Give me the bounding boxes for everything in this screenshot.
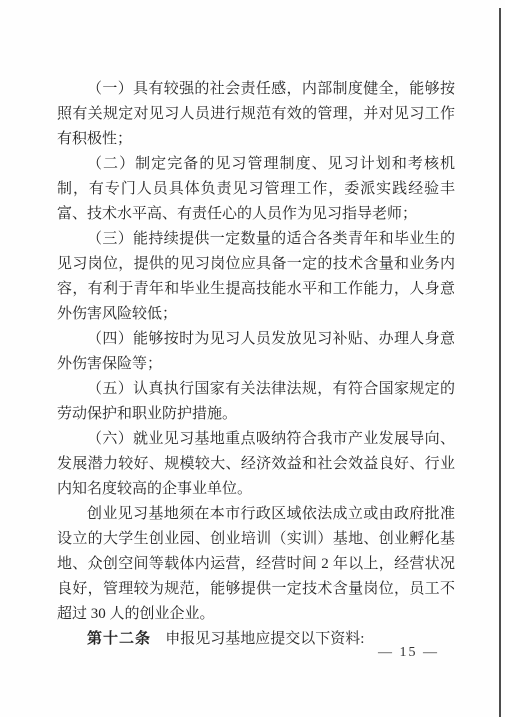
document-page: （一）具有较强的社会责任感，内部制度健全，能够按照有关规定对见习人员进行规范有效… xyxy=(0,0,505,717)
page-number: — 15 — xyxy=(378,644,439,662)
article-text: 申报见习基地应提交以下资料: xyxy=(165,631,364,647)
clause-text: （五）认真执行国家有关法律法规，有符合国家规定的劳动保护和职业防护措施。 xyxy=(57,381,455,422)
clause-item-3: （三）能持续提供一定数量的适合各类青年和毕业生的见习岗位，提供的见习岗位应具备一… xyxy=(57,227,455,327)
paragraph-startup-base: 创业见习基地须在本市行政区域依法成立或由政府批准设立的大学生创业园、创业培训（实… xyxy=(57,502,455,627)
clause-item-4: （四）能够按时为见习人员发放见习补贴、办理人身意外伤害保险等； xyxy=(57,327,455,377)
clause-text: （六）就业见习基地重点吸纳符合我市产业发展导向、发展潜力较好、规模较大、经济效益… xyxy=(57,431,455,497)
clause-text: （四）能够按时为见习人员发放见习补贴、办理人身意外伤害保险等； xyxy=(57,331,455,372)
clause-text: （三）能持续提供一定数量的适合各类青年和毕业生的见习岗位，提供的见习岗位应具备一… xyxy=(57,231,455,322)
document-body: （一）具有较强的社会责任感，内部制度健全，能够按照有关规定对见习人员进行规范有效… xyxy=(57,77,455,652)
clause-text: （二）制定完备的见习管理制度、见习计划和考核机制，有专门人员具体负责见习管理工作… xyxy=(57,156,455,222)
paragraph-text: 创业见习基地须在本市行政区域依法成立或由政府批准设立的大学生创业园、创业培训（实… xyxy=(57,506,455,622)
clause-item-2: （二）制定完备的见习管理制度、见习计划和考核机制，有专门人员具体负责见习管理工作… xyxy=(57,152,455,227)
clause-item-1: （一）具有较强的社会责任感，内部制度健全，能够按照有关规定对见习人员进行规范有效… xyxy=(57,77,455,152)
clause-item-6: （六）就业见习基地重点吸纳符合我市产业发展导向、发展潜力较好、规模较大、经济效益… xyxy=(57,427,455,502)
clause-item-5: （五）认真执行国家有关法律法规，有符合国家规定的劳动保护和职业防护措施。 xyxy=(57,377,455,427)
clause-text: （一）具有较强的社会责任感，内部制度健全，能够按照有关规定对见习人员进行规范有效… xyxy=(57,81,455,147)
article-number-label: 第十二条 xyxy=(87,631,151,647)
page-edge-line xyxy=(499,8,501,717)
